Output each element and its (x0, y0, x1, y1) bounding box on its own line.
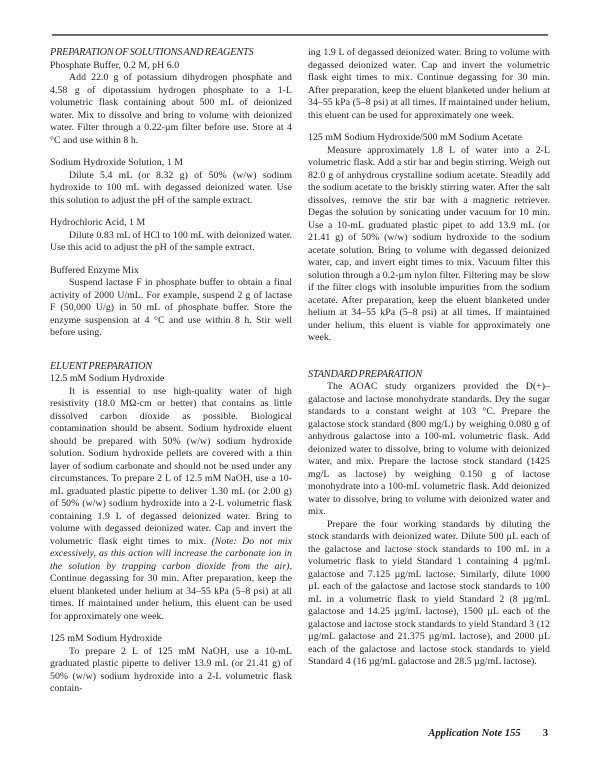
paragraph-125mm-sodium-hydroxide-left: To prepare 2 L of 125 mM NaOH, use a 10-… (50, 646, 292, 696)
left-column: PREPARATION OF SOLUTIONS AND REAGENTS Ph… (50, 47, 292, 696)
paragraph-12-5mm-sodium-hydroxide: It is essential to use high-quality wate… (50, 386, 292, 624)
paragraph-standard-preparation-2: Prepare the four working standards by di… (308, 519, 550, 669)
subhead-phosphate-buffer: Phosphate Buffer, 0.2 M, pH 6.0 (50, 60, 292, 73)
subhead-sodium-hydroxide-solution: Sodium Hydroxide Solution, 1 M (50, 157, 292, 170)
subhead-12-5mm-sodium-hydroxide: 12.5 mM Sodium Hydroxide (50, 373, 292, 386)
paragraph-phosphate-buffer: Add 22.0 g of potassium dihydrogen phosp… (50, 72, 292, 147)
header-rule (52, 34, 548, 36)
paragraph-standard-preparation-1: The AOAC study organizers provided the D… (308, 381, 550, 519)
paragraph-hydrochloric-acid: Dilute 0.83 mL of HCl to 100 mL with dei… (50, 230, 292, 255)
paragraph-125mm-sodium-hydroxide-continued: ing 1.9 L of degassed deionized water. B… (308, 47, 550, 122)
footer-application-note-label: Application Note 155 (428, 728, 520, 739)
section-title-standard-preparation: STANDARD PREPARATION (308, 369, 550, 382)
paragraph-text-before-note: It is essential to use high-quality wate… (50, 386, 292, 547)
paragraph-naoh-sodium-acetate: Measure approximately 1.8 L of water int… (308, 145, 550, 345)
paragraph-sodium-hydroxide-solution: Dilute 5.4 mL (or 8.32 g) of 50% (w/w) s… (50, 170, 292, 208)
paragraph-buffered-enzyme-mix: Suspend lactase F in phosphate buffer to… (50, 277, 292, 340)
subhead-125mm-sodium-hydroxide: 125 mM Sodium Hydroxide (50, 633, 292, 646)
footer-page-number: 3 (543, 728, 548, 739)
right-column: ing 1.9 L of degassed deionized water. B… (308, 47, 550, 696)
page-content: PREPARATION OF SOLUTIONS AND REAGENTS Ph… (50, 47, 550, 696)
subhead-buffered-enzyme-mix: Buffered Enzyme Mix (50, 265, 292, 278)
section-title-preparation-of-solutions: PREPARATION OF SOLUTIONS AND REAGENTS (50, 47, 292, 60)
subhead-hydrochloric-acid: Hydrochloric Acid, 1 M (50, 217, 292, 230)
subhead-naoh-sodium-acetate: 125 mM Sodium Hydroxide/500 mM Sodium Ac… (308, 132, 550, 145)
page-footer: Application Note 1553 (428, 728, 548, 739)
section-title-eluent-preparation: ELUENT PREPARATION (50, 361, 292, 374)
document-page: PREPARATION OF SOLUTIONS AND REAGENTS Ph… (0, 0, 600, 776)
